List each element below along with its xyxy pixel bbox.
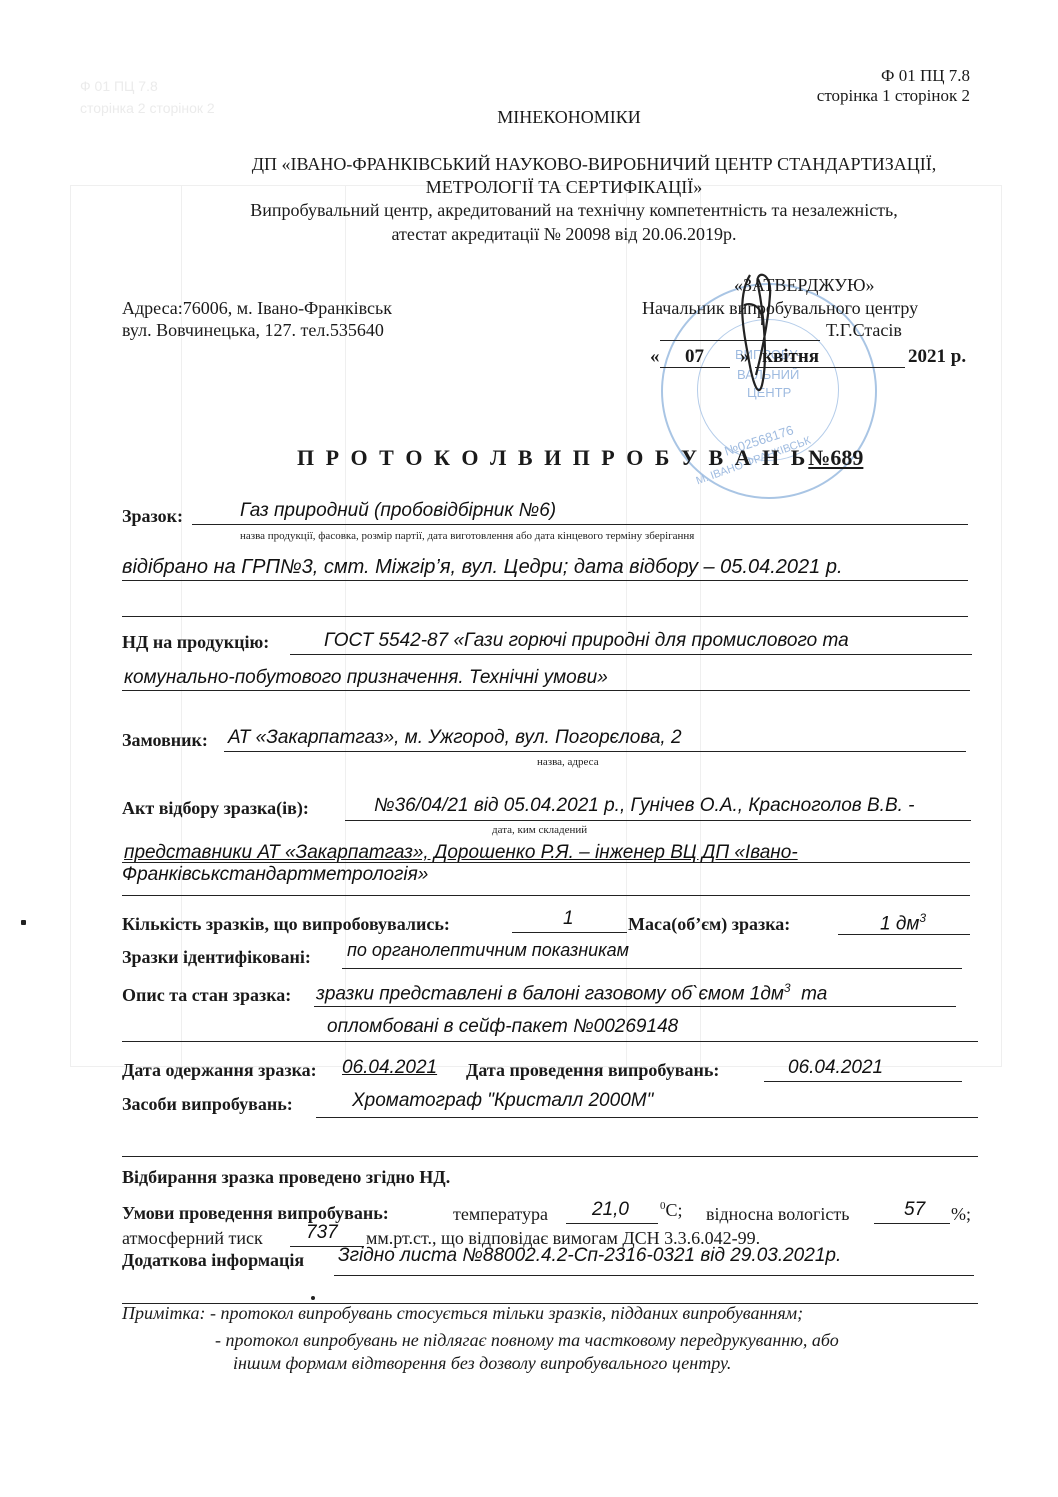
temperature-value: 21,0: [592, 1199, 629, 1221]
nd-value1: ГОСТ 5542-87 «Гази горючі природні для п…: [324, 630, 849, 652]
description-line1: [314, 1006, 956, 1007]
approval-day-line: [660, 367, 730, 368]
approval-year: 2021 р.: [908, 346, 966, 368]
humidity-line: [874, 1223, 950, 1224]
scan-speck: [21, 920, 26, 925]
note-line3: іншим формам відтворення без дозволу вип…: [233, 1353, 731, 1374]
nd-line1: [290, 654, 972, 655]
temperature-unit-text: С;: [666, 1200, 683, 1220]
sample-value: Газ природний (пробовідбірник №6): [240, 500, 556, 522]
pressure-label: атмосферний тиск: [122, 1228, 263, 1249]
approval-quote-open: «: [650, 346, 660, 368]
mass-value-sup: 3: [919, 911, 926, 925]
conditions-label: Умови проведення випробувань:: [122, 1203, 389, 1224]
additional-value: Згідно листа №88002.4.2-Сп-2316-0321 від…: [338, 1245, 841, 1267]
sample-hint: назва продукції, фасовка, розмір партії,…: [240, 530, 694, 542]
humidity-value: 57: [904, 1199, 925, 1221]
center-accreditation-line1: Випробувальний центр, акредитований на т…: [0, 200, 1058, 221]
description-value1-sup: 3: [784, 981, 791, 995]
description-value1-text: зразки представлені в балоні газовому об…: [316, 983, 784, 1004]
mass-value: 1 дм3: [880, 911, 926, 935]
note-line1: Примітка: - протокол випробувань стосуєт…: [122, 1303, 803, 1324]
mass-label: Маса(об’єм) зразка:: [628, 914, 790, 935]
approval-month: квітня: [762, 346, 819, 368]
sample-label: Зразок:: [122, 506, 183, 527]
description-value1: зразки представлені в балоні газовому об…: [316, 981, 827, 1005]
customer-value: АТ «Закарпатгаз», м. Ужгород, вул. Погор…: [228, 727, 682, 749]
note-line2: - протокол випробувань не підлягає повно…: [215, 1330, 839, 1351]
test-date-value: 06.04.2021: [788, 1057, 883, 1079]
sample-value2: відібрано на ГРП№3, смт. Міжгір’я, вул. …: [122, 556, 843, 579]
protocol-number: №689: [808, 445, 863, 470]
act-value2: представники АТ «Закарпатгаз», Дорошенко…: [124, 842, 798, 864]
nd-label: НД на продукцію:: [122, 632, 269, 653]
form-code: Ф 01 ПЦ 7.8: [881, 66, 970, 86]
equipment-line2: [122, 1156, 978, 1157]
identified-label: Зразки ідентифіковані:: [122, 947, 311, 968]
identified-value: по органолептичним показникам: [347, 940, 629, 961]
description-label: Опис та стан зразка:: [122, 985, 291, 1006]
count-line: [512, 932, 627, 933]
count-value: 1: [563, 908, 574, 930]
received-date-label: Дата одержання зразка:: [122, 1060, 317, 1081]
mass-line: [838, 934, 970, 935]
note-text1: - протокол випробувань стосується тільки…: [205, 1303, 803, 1323]
org-name-line1: ДП «ІВАНО-ФРАНКІВСЬКИЙ НАУКОВО-ВИРОБНИЧИ…: [0, 154, 1058, 175]
customer-hint: назва, адреса: [537, 756, 599, 768]
description-value1-tail: та: [791, 983, 828, 1004]
temperature-label: температура: [453, 1204, 548, 1225]
count-label: Кількість зразків, що випробовувались:: [122, 914, 450, 935]
signature-line: [660, 340, 820, 341]
temperature-unit: 0С;: [660, 1200, 683, 1221]
test-date-line: [764, 1081, 962, 1082]
received-date-value: 06.04.2021: [342, 1057, 437, 1079]
mass-value-text: 1 дм: [880, 913, 919, 934]
sample-line2: [122, 580, 968, 581]
address-line1: Адреса:76006, м. Івано-Франківськ: [122, 298, 392, 319]
humidity-unit: %;: [951, 1204, 971, 1225]
description-value2: опломбовані в сейф-пакет №00269148: [327, 1016, 678, 1038]
equipment-label: Засоби випробувань:: [122, 1094, 293, 1115]
act-label: Акт відбору зразка(ів):: [122, 798, 309, 819]
act-line1: [345, 820, 971, 821]
protocol-title-text: П Р О Т О К О Л В И П Р О Б У В А Н Ь: [297, 445, 808, 470]
approval-name: Т.Г.Стасів: [826, 320, 902, 341]
sampling-note: Відбирання зразка проведено згідно НД.: [122, 1167, 450, 1188]
act-value1: №36/04/21 від 05.04.2021 р., Гунічев О.А…: [374, 795, 915, 817]
approval-position: Начальник випробувального центру: [642, 298, 918, 319]
sample-line3: [122, 616, 968, 617]
approval-month-line: [755, 367, 905, 368]
org-name-line2: МЕТРОЛОГІЇ ТА СЕРТИФІКАЦІЇ»: [0, 177, 1058, 198]
humidity-label: відносна вологість: [706, 1204, 849, 1225]
test-date-label: Дата проведення випробувань:: [466, 1060, 719, 1081]
act-line2: [122, 862, 970, 863]
center-accreditation-line2: атестат акредитації № 20098 від 20.06.20…: [0, 224, 1058, 245]
scan-speck: [311, 1296, 315, 1300]
act-hint: дата, ким складений: [492, 824, 587, 836]
pressure-value: 737: [306, 1222, 338, 1244]
approval-quote-close: »: [740, 346, 750, 368]
sample-line: [192, 524, 968, 525]
approval-day: 07: [685, 346, 704, 368]
act-value3: Франківськстандартметрологія»: [122, 864, 428, 886]
additional-line: [334, 1275, 974, 1276]
customer-label: Замовник:: [122, 730, 208, 751]
additional-label: Додаткова інформація: [122, 1250, 304, 1271]
equipment-line: [316, 1117, 978, 1118]
nd-line2: [122, 690, 970, 691]
act-line3: [122, 895, 970, 896]
customer-line: [224, 751, 966, 752]
temperature-line: [566, 1223, 658, 1224]
address-line2: вул. Вовчинецька, 127. тел.535640: [122, 320, 384, 341]
equipment-value: Хроматограф "Кристалл 2000М": [352, 1090, 653, 1112]
protocol-title: П Р О Т О К О Л В И П Р О Б У В А Н Ь№68…: [297, 445, 863, 471]
nd-value2: комунально-побутового призначення. Техні…: [124, 667, 608, 689]
ministry: МІНЕКОНОМІКИ: [0, 107, 1058, 128]
note-prefix: Примітка:: [122, 1303, 205, 1323]
approval-title: «ЗАТВЕРДЖУЮ»: [734, 275, 874, 296]
identified-line: [342, 968, 962, 969]
description-line2: [122, 1041, 978, 1042]
page-info: сторінка 1 сторінок 2: [817, 86, 970, 106]
